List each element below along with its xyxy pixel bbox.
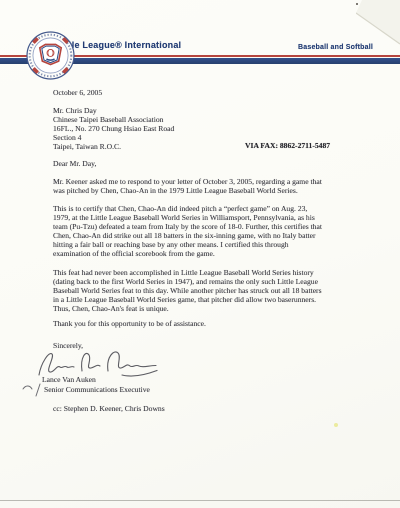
page-corner-fold	[356, 0, 400, 46]
text-line: team (Pu-Tzu) defeated a team from Italy…	[53, 222, 322, 231]
scanned-letter-page: Little League® International Baseball an…	[0, 0, 400, 508]
handwritten-signature-icon	[36, 347, 162, 381]
paragraph-1: Mr. Keener asked me to respond to your l…	[53, 177, 322, 195]
signer-title: Senior Communications Executive	[44, 385, 150, 394]
cc-line: cc: Stephen D. Keener, Chris Downs	[53, 404, 165, 413]
via-fax-line: VIA FAX: 8862-2711-5487	[245, 141, 330, 150]
scan-bottom-edge	[0, 500, 400, 501]
text-line: in a Little League Baseball World Series…	[53, 295, 322, 304]
text-line: Chinese Taipei Baseball Association	[53, 115, 174, 124]
text-line: Mr. Keener asked me to respond to your l…	[53, 177, 322, 186]
recipient-address-block: Mr. Chris DayChinese Taipei Baseball Ass…	[53, 106, 174, 151]
scan-speck	[334, 423, 338, 427]
text-line: Mr. Chris Day	[53, 106, 174, 115]
text-line: hitting a fair ball or reaching base by …	[53, 240, 322, 249]
paragraph-2: This is to certify that Chen, Chao-An di…	[53, 204, 322, 258]
text-line: 1979, at the Little League Baseball Worl…	[53, 213, 322, 222]
text-line: Section 4	[53, 133, 174, 142]
text-line: examination of the official scorebook fr…	[53, 249, 322, 258]
paragraph-3: This feat had never been accomplished in…	[53, 268, 322, 313]
paragraph-4: Thank you for this opportunity to be of …	[53, 319, 206, 328]
pen-scribble-icon	[22, 381, 44, 397]
text-line: Baseball World Series feat to this day. …	[53, 286, 322, 295]
text-line: This is to certify that Chen, Chao-An di…	[53, 204, 322, 213]
text-line: Taipei, Taiwan R.O.C.	[53, 142, 174, 151]
text-line: Thank you for this opportunity to be of …	[53, 319, 206, 328]
text-line: Chen, Chao-An did strike out all 18 batt…	[53, 231, 322, 240]
text-line: 16FL., No. 270 Chung Hsiao East Road	[53, 124, 174, 133]
salutation: Dear Mr. Day,	[53, 159, 96, 168]
little-league-emblem-icon	[26, 31, 75, 80]
text-line: (dating back to the first World Series i…	[53, 277, 322, 286]
letter-date: October 6, 2005	[53, 88, 102, 97]
text-line: This feat had never been accomplished in…	[53, 268, 322, 277]
text-line: Thus, Chen, Chao-An's feat is unique.	[53, 304, 322, 313]
brand-title: Little League® International	[57, 40, 181, 51]
header-tagline: Baseball and Softball	[298, 43, 373, 52]
text-line: was pitched by Chen, Chao-An in the 1979…	[53, 186, 322, 195]
